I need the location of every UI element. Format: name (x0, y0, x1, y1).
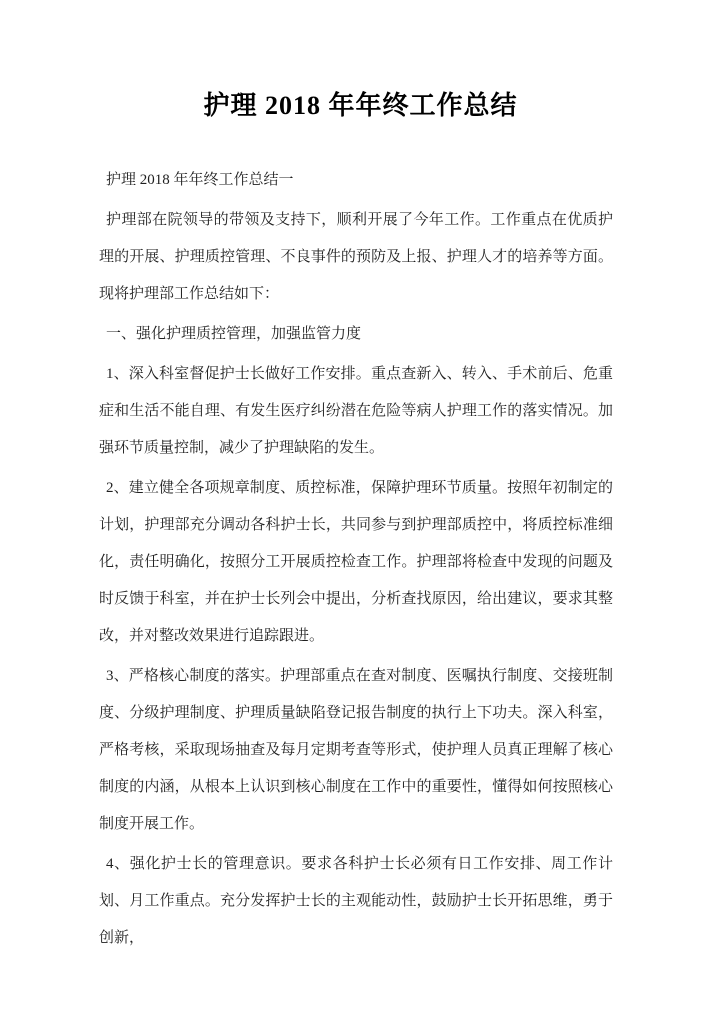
paragraph-subtitle: 护理 2018 年年终工作总结一 (99, 162, 613, 199)
paragraph-intro: 护理部在院领导的带领及支持下，顺利开展了今年工作。工作重点在优质护理的开展、护理… (99, 202, 613, 313)
document-body: 护理 2018 年年终工作总结一 护理部在院领导的带领及支持下，顺利开展了今年工… (99, 162, 613, 957)
paragraph-item-4: 4、强化护士长的管理意识。要求各科护士长必须有日工作安排、周工作计划、月工作重点… (99, 846, 613, 957)
paragraph-section-1-heading: 一、强化护理质控管理，加强监管力度 (99, 316, 613, 353)
paragraph-item-3: 3、严格核心制度的落实。护理部重点在查对制度、医嘱执行制度、交接班制度、分级护理… (99, 658, 613, 843)
document-title: 护理 2018 年年终工作总结 (0, 0, 721, 124)
paragraph-item-1: 1、深入科室督促护士长做好工作安排。重点查新入、转入、手术前后、危重症和生活不能… (99, 356, 613, 467)
paragraph-item-2: 2、建立健全各项规章制度、质控标准，保障护理环节质量。按照年初制定的计划，护理部… (99, 470, 613, 655)
document-page: 护理 2018 年年终工作总结 护理 2018 年年终工作总结一 护理部在院领导… (0, 0, 721, 1020)
